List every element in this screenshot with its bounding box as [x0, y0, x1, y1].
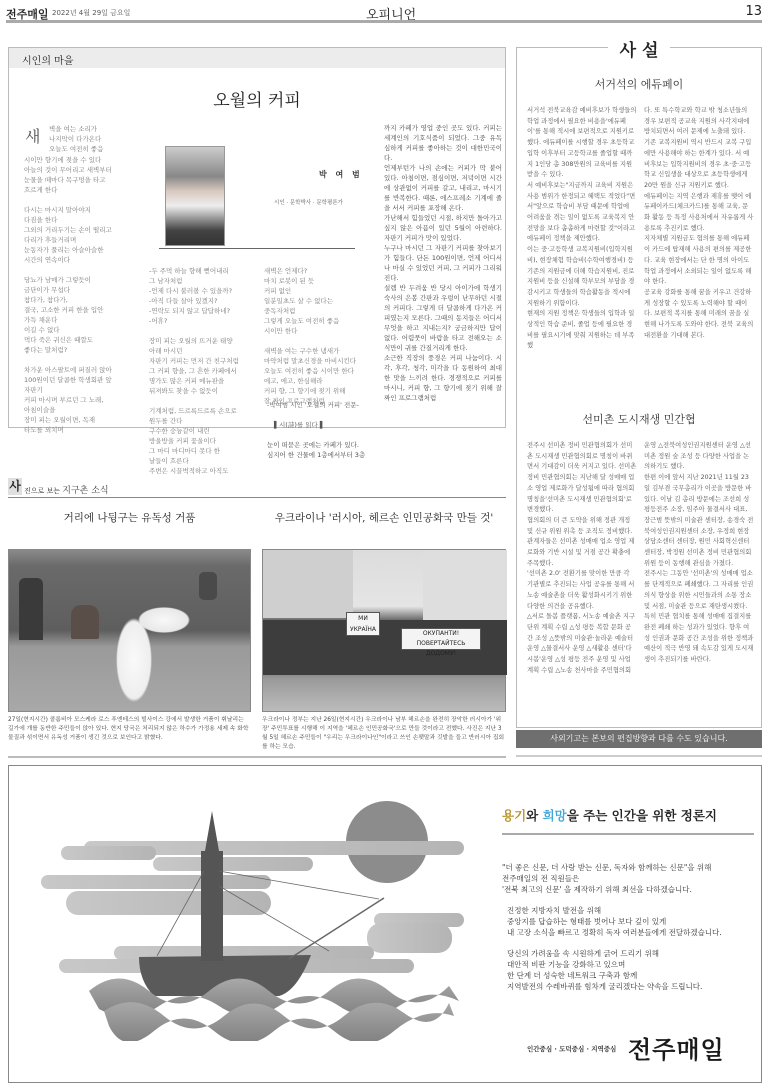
building-left — [263, 550, 353, 618]
poem-column-1: 시이만 향기에 젖을 수 있다 아늘의 것이 무어리고 새벽부터 눈물을 떼마다… — [24, 155, 159, 435]
poem-column-2: -두 주먹 하늘 향해 뻗어내리 그 남자처럼 -언제 다시 불러볼 수 있을까… — [149, 266, 259, 476]
protest-sign-go-home: ОКУПАНТИ! ПОВЕРТАЙТЕСЬ ДОДОМУ! — [401, 628, 481, 650]
author-portrait — [165, 146, 225, 246]
protest-photo: ОКУПАНТИ! ПОВЕРТАЙТЕСЬ ДОДОМУ! МИ УКРАЇН… — [262, 549, 506, 712]
ad-paragraph-1: "더 좋은 신문, 더 사랑 받는 신문, 독자와 함께하는 신문"을 위해 전… — [502, 862, 757, 895]
photo-news-cap: 사 — [8, 478, 22, 495]
notice-divider — [516, 755, 762, 757]
ad-paragraph-2: 진정한 지방자치 발전을 위해 중앙지를 답습하는 형태를 벗어나 보다 깊이 … — [507, 905, 762, 938]
commentary-column: 까지 카페가 영업 중인 곳도 있다. 커피는 세계인의 기호식품이 되었다. … — [384, 123, 502, 413]
page-number: 13 — [745, 4, 762, 19]
contribution-notice: 사외기고는 본보의 편집방향과 다를 수도 있습니다. — [516, 730, 762, 748]
editorial-1-title: 서거석의 에듀페이 — [517, 76, 761, 92]
photo-1-title: 거리에 나뒹구는 유독성 거품 — [8, 510, 251, 525]
poem-section-header: 시인의 마을 — [9, 48, 505, 68]
dog-figure — [71, 605, 99, 639]
editorial-section: 사 설 서거석의 에듀페이 서거석 전북교육감 예비후보가 학생들의 학업 과정… — [516, 47, 762, 728]
editorial-2-title: 선미촌 도시재생 민간협 — [517, 411, 761, 427]
poem-dropcap: 새 — [25, 124, 40, 147]
author-description: 시인 · 문학박사 · 문학평론가 — [274, 198, 343, 206]
masthead-divider — [6, 20, 762, 23]
photo-news-label: 지구촌 소식 — [62, 486, 108, 496]
poem-title: 오월의 커피 — [9, 86, 505, 111]
poem-section: 시인의 마을 오월의 커피 새 벽을 여는 소리가 나지막이 다가온다 오늘도 … — [8, 47, 506, 428]
editorial-label: 사 설 — [517, 36, 761, 61]
editorial-2-column-2: 운영 △전북여성인권지원센터 운영 △선미촌 정원 숲 조성 등 다양한 사업을… — [644, 441, 754, 721]
ad-slogan: 용기와 희망을 주는 인간을 위한 정론지 — [502, 806, 717, 824]
photo-news-header: 사 진으로 보는 지구촌 소식 — [8, 478, 506, 498]
background-person — [199, 572, 217, 600]
commentary-label: ▌시(詩)를 읽다 ▌ — [274, 420, 374, 430]
poem-column-3: 새벽은 언제다? 마치 로봇이 된 듯 커피 없인 일분일초도 살 수 없다는 … — [264, 266, 379, 406]
building-right — [423, 550, 507, 630]
section-divider — [8, 756, 506, 758]
photo-2-caption: 우크라이나 정부는 지난 26일(현지시간) 우크라이나 남부 헤르손을 완전히… — [262, 716, 506, 752]
protest-sign-ukraine: МИ УКРАЇНА — [346, 612, 380, 636]
author-divider — [159, 248, 355, 249]
editorial-2-column-1: 전주시 선미촌 정비 민관협의회가 선미촌 도시재생 민관협의회로 명칭이 바뀌… — [527, 441, 637, 721]
photo-1-caption: 27일(현지시간) 콜롬비아 모스케라 로스 푸엔테스의 빌사이스 강에서 발생… — [8, 716, 251, 743]
editorial-1-column-1: 서거석 전북교육감 예비후보가 학생들의 학업 과정에서 필요한 비용을'에듀페… — [527, 106, 637, 406]
ad-paragraph-3: 당신의 가려움을 속 시원하게 긁어 드리기 위해 대안적 비판 기능을 강화하… — [507, 948, 762, 992]
photo-news-small: 진으로 보는 — [24, 487, 60, 495]
poem-source: -박여범 시인 '오월의 커피' 전문- — [267, 400, 385, 410]
poem-section-label: 시인의 마을 — [22, 52, 73, 67]
ship-illustration — [29, 791, 469, 1041]
ad-motto: 인간중심 · 도덕중심 · 지역중심 — [527, 1044, 616, 1053]
editorial-1-column-2: 다. 또 특수학교와 학교 밖 청소년들의 경우 보편적 공교육 지원의 사각지… — [644, 106, 754, 406]
masthead-date: 2022년 4월 29일 금요일 — [52, 8, 130, 18]
author-name: 박 여 범 — [319, 169, 363, 180]
foam-street-photo — [8, 549, 251, 712]
ad-logo: 전주매일 — [628, 1030, 725, 1065]
commentary-start: 눈이 떠묻은 곳에는 카페가 있다. 심지어 한 건물에 1층에서부터 3층 — [267, 440, 385, 460]
poem-first-lines: 벽을 여는 소리가 나지막이 다가온다 오늘도 여전히 좋음 — [49, 124, 159, 154]
photo-2-title: 우크라이나 '러시아, 헤르손 인민공화국 만들 것' — [262, 510, 506, 525]
seated-man-figure — [19, 578, 43, 640]
slogan-divider — [502, 833, 754, 835]
